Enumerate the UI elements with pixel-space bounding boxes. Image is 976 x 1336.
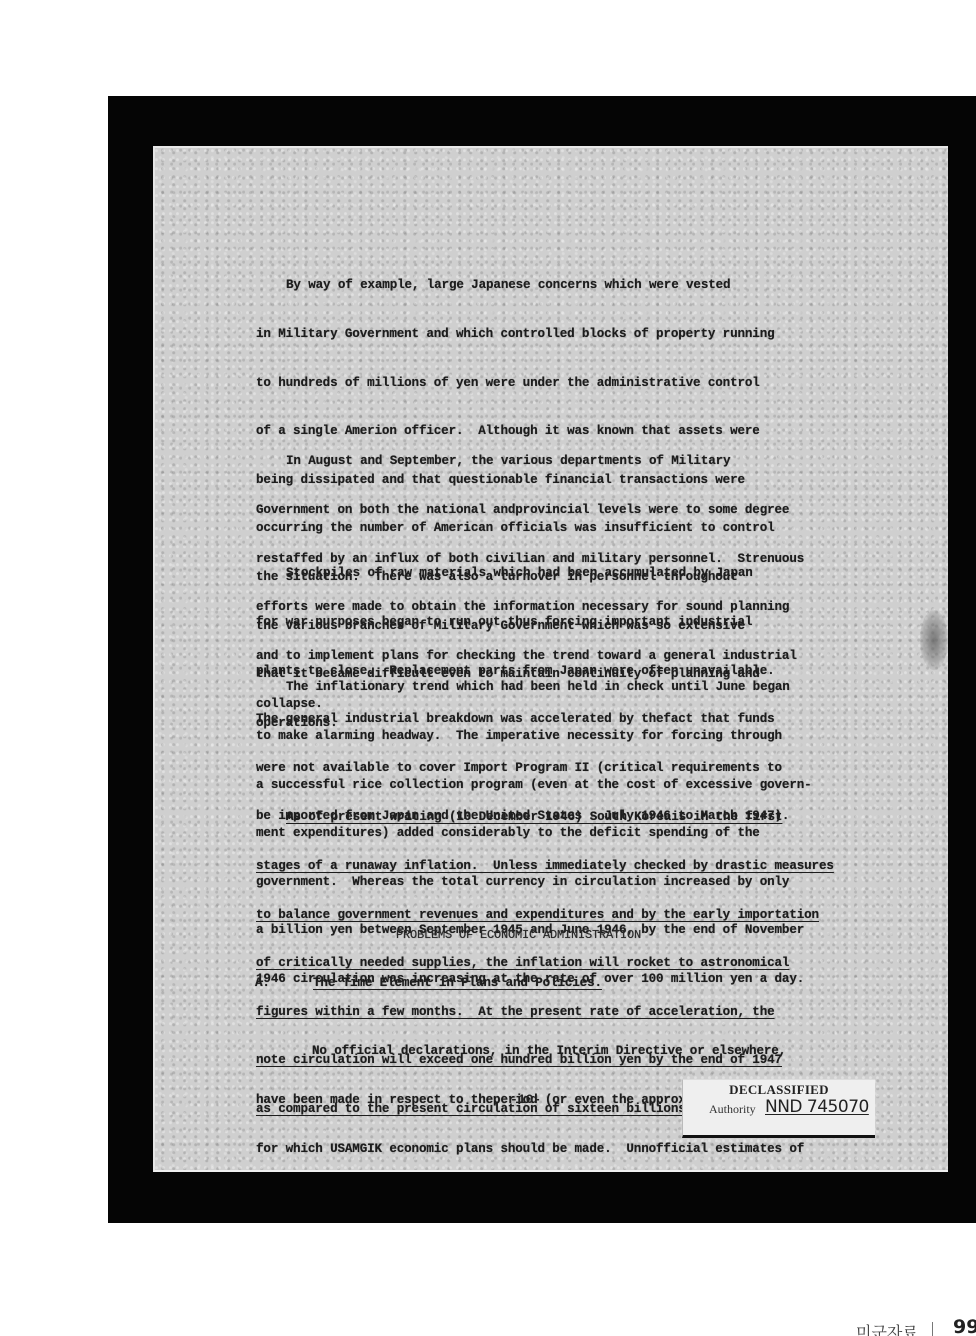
declassified-stamp: DECLASSIFIED Authority NND 745070 [682,1079,875,1138]
text-line: In August and September, the various dep… [256,453,804,469]
footer-label: 미군자료 [856,1320,918,1336]
document-page-number: -10- [510,1092,541,1107]
text-line: to balance government revenues and expen… [256,907,841,923]
text-line: As of present writing (10 December 1946)… [256,809,841,825]
section-heading: PROBLEMS OF ECONOMIC ADMINISTRATION [396,927,641,943]
text-line: for which USAMGIK economic plans should … [256,1141,804,1157]
footer-page-number: 99 [953,1316,976,1336]
text-line: Government on both the national andprovi… [256,502,804,518]
footer-divider [932,1322,933,1336]
subsection-title: The Time Element in Plans and Policies. [313,975,602,991]
text-line: of critically needed supplies, the infla… [256,955,841,971]
text-line: No official declarations, in the Interim… [256,1043,804,1059]
stamp-authority-label: Authority [709,1102,756,1117]
text-line: for war purposes began to run out thus f… [256,614,789,630]
stamp-authority-value: NND 745070 [765,1097,869,1117]
text-line: By way of example, large Japanese concer… [256,277,775,293]
subsection-letter: A. [255,975,270,991]
stamp-title: DECLASSIFIED [683,1082,875,1098]
text-line: The inflationary trend which had been he… [256,679,812,695]
text-line: in Military Government and which control… [256,326,775,342]
text-line: stages of a runaway inflation. Unless im… [256,858,841,874]
scan-smudge [920,610,948,670]
text-line: to hundreds of millions of yen were unde… [256,375,775,391]
text-line: to make alarming headway. The imperative… [256,728,812,744]
text-line: Stockpiles of raw materials which had be… [256,565,789,581]
